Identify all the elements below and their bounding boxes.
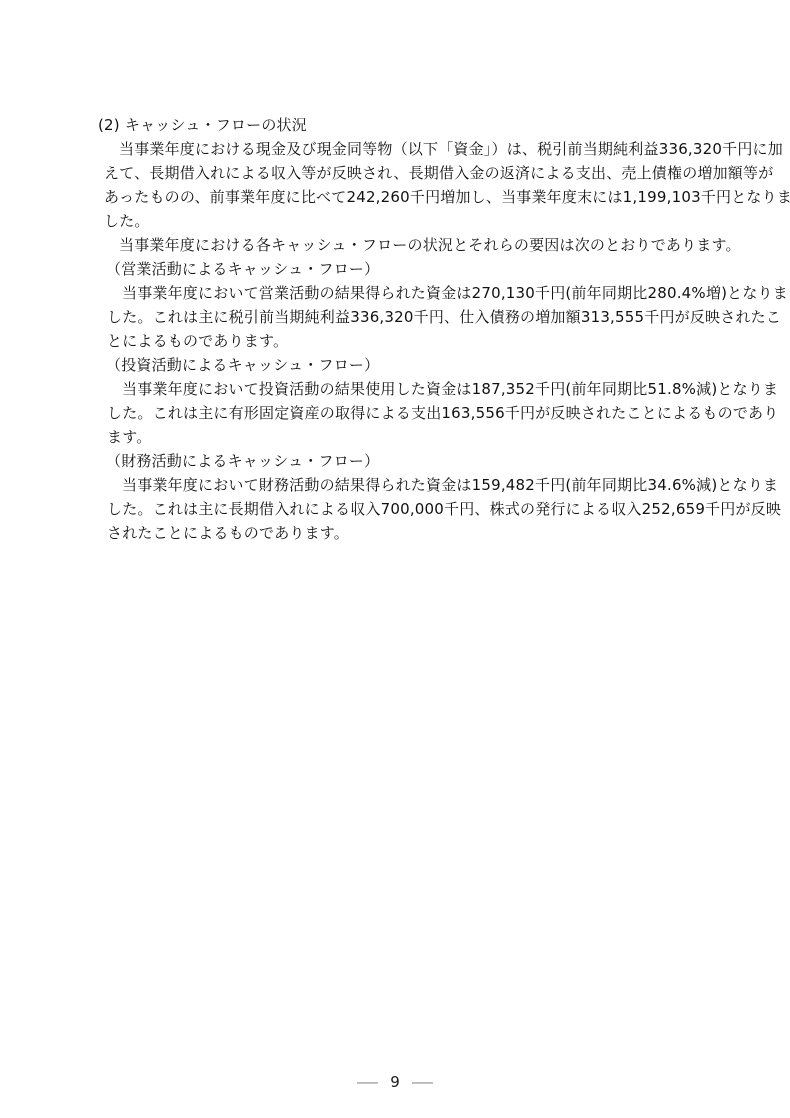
text-line: 当事業年度において財務活動の結果得られた資金は159,482千円(前年同期比34… — [98, 473, 720, 497]
subsection-heading-operating-cashflow: （営業活動によるキャッシュ・フロー） — [98, 257, 720, 281]
text-line: した。これは主に長期借入れによる収入700,000千円、株式の発行による収入25… — [98, 497, 720, 521]
text-line: されたことによるものであります。 — [98, 521, 720, 545]
subsection-heading-investing-cashflow: （投資活動によるキャッシュ・フロー） — [98, 353, 720, 377]
footer-dash-right: ― — [412, 1072, 433, 1092]
cash-flow-section: (2) キャッシュ・フローの状況 当事業年度における現金及び現金同等物（以下「資… — [0, 113, 790, 545]
section-heading: (2) キャッシュ・フローの状況 — [98, 113, 720, 137]
text-line: した。 — [98, 209, 720, 233]
text-line: 当事業年度における各キャッシュ・フローの状況とそれらの要因は次のとおりであります… — [98, 233, 720, 257]
text-line: 当事業年度における現金及び現金同等物（以下「資金」）は、税引前当期純利益336,… — [98, 137, 720, 161]
text-line: とによるものであります。 — [98, 329, 720, 353]
text-line: した。これは主に有形固定資産の取得による支出163,556千円が反映されたことに… — [98, 401, 720, 425]
page-footer: ― 9 ― — [0, 1072, 790, 1092]
text-line: 当事業年度において営業活動の結果得られた資金は270,130千円(前年同期比28… — [98, 281, 720, 305]
text-line: あったものの、前事業年度に比べて242,260千円増加し、当事業年度末には1,1… — [98, 185, 720, 209]
text-line: ます。 — [98, 425, 720, 449]
page-number: 9 — [390, 1072, 400, 1092]
document-page: (2) キャッシュ・フローの状況 当事業年度における現金及び現金同等物（以下「資… — [0, 0, 790, 1118]
footer-dash-left: ― — [357, 1072, 378, 1092]
text-line: 当事業年度において投資活動の結果使用した資金は187,352千円(前年同期比51… — [98, 377, 720, 401]
text-line: えて、長期借入れによる収入等が反映され、長期借入金の返済による支出、売上債権の増… — [98, 161, 720, 185]
text-line: した。これは主に税引前当期純利益336,320千円、仕入債務の増加額313,55… — [98, 305, 720, 329]
subsection-heading-financing-cashflow: （財務活動によるキャッシュ・フロー） — [98, 449, 720, 473]
